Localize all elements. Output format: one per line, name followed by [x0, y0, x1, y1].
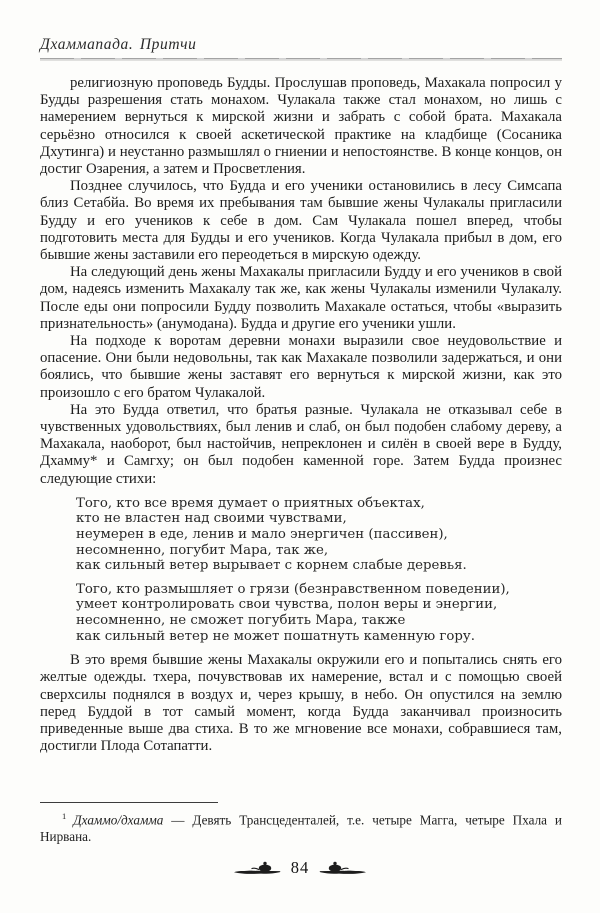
page-content: Дхаммапада. Притчи религиозную проповедь… [40, 36, 562, 755]
page-number: 84 [291, 858, 310, 878]
paragraph: На подходе к воротам деревни монахи выра… [40, 333, 562, 402]
footnote: 1Дхаммо/дхамма — Девять Трансцеденталей,… [40, 808, 562, 846]
book-page: Дхаммапада. Притчи религиозную проповедь… [0, 0, 600, 913]
scroll-flourish-icon [318, 861, 366, 876]
verse-line: как сильный ветер не может пошатнуть кам… [76, 629, 562, 645]
paragraph: На следующий день жены Махакалы пригласи… [40, 264, 562, 333]
page-footer: 84 [0, 858, 600, 878]
scroll-flourish-icon [234, 861, 282, 876]
verse-line: Того, кто все время думает о приятных об… [76, 496, 562, 512]
verse-line: Того, кто размышляет о грязи (безнравств… [76, 582, 562, 598]
paragraph: религиозную проповедь Будды. Прослушав п… [40, 75, 562, 178]
footnote-marker: 1 [62, 811, 66, 821]
running-header: Дхаммапада. Притчи [40, 36, 562, 61]
verse-line: умеет контролировать свои чувства, полон… [76, 597, 562, 613]
verse-line: как сильный ветер вырывает с корнем слаб… [76, 558, 562, 574]
body-text: религиозную проповедь Будды. Прослушав п… [40, 75, 562, 755]
footnote-area: 1Дхаммо/дхамма — Девять Трансцеденталей,… [40, 802, 562, 846]
footnote-rule [40, 802, 218, 803]
running-header-title: Дхаммапада. Притчи [40, 36, 562, 54]
header-rule [40, 58, 562, 61]
verse-line: кто не властен над своими чувствами, [76, 511, 562, 527]
closing-paragraph: В это время бывшие жены Махакалы окружил… [40, 652, 562, 755]
paragraph: На это Будда ответил, что братья разные.… [40, 402, 562, 488]
verse-line: неумерен в еде, ленив и мало энергичен (… [76, 527, 562, 543]
verse-block: Того, кто размышляет о грязи (безнравств… [76, 582, 562, 644]
paragraph: Позднее случилось, что Будда и его учени… [40, 178, 562, 264]
verse-line: несомненно, погубит Мара, так же, [76, 543, 562, 559]
footnote-term: Дхаммо/дхамма [73, 812, 163, 827]
verse-line: несомненно, не сможет погубить Мара, так… [76, 613, 562, 629]
verse-block: Того, кто все время думает о приятных об… [76, 496, 562, 574]
